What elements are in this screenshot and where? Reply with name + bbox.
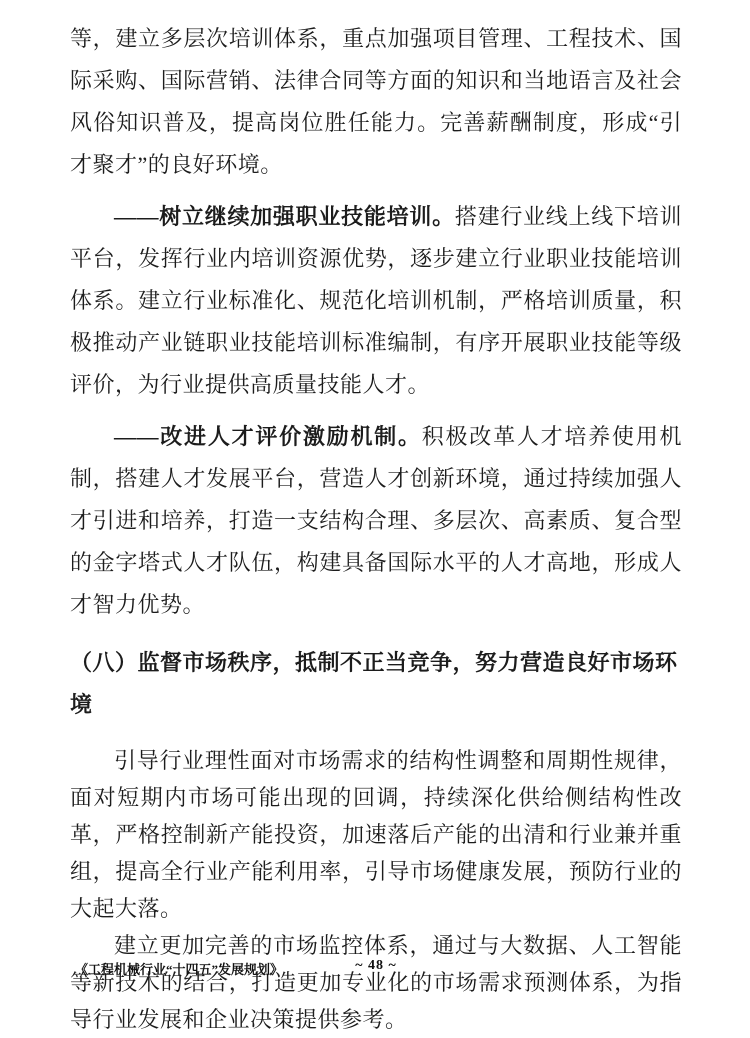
paragraph-market-guidance: 引导行业理性面对市场需求的结构性调整和周期性规律，面对短期内市场可能出现的回调，… (70, 742, 682, 927)
paragraph-skill-training: ——树立继续加强职业技能培训。搭建行业线上线下培训平台，发挥行业内培训资源优势，… (70, 196, 682, 406)
document-page: 等，建立多层次培训体系，重点加强项目管理、工程技术、国际采购、国际营销、法律合同… (0, 0, 750, 1038)
paragraph-body-text: 搭建行业线上线下培训平台，发挥行业内培训资源优势，逐步建立行业职业技能培训体系。… (70, 204, 682, 397)
paragraph-lead-bold: ——树立继续加强职业技能培训。 (114, 204, 455, 229)
paragraph-body-text: 积极改革人才培养使用机制，搭建人才发展平台，营造人才创新环境，通过持续加强人才引… (70, 424, 682, 617)
paragraph-market-monitoring: 建立更加完善的市场监控体系，通过与大数据、人工智能等新技术的结合，打造更加专业化… (70, 927, 682, 1038)
page-content: 等，建立多层次培训体系，重点加强项目管理、工程技术、国际采购、国际营销、法律合同… (70, 0, 682, 1038)
footer-document-title: 《工程机械行业“十四五”发展规划》 (75, 959, 283, 978)
paragraph-continuation: 等，建立多层次培训体系，重点加强项目管理、工程技术、国际采购、国际营销、法律合同… (70, 18, 682, 186)
paragraph-talent-evaluation: ——改进人才评价激励机制。积极改革人才培养使用机制，搭建人才发展平台，营造人才创… (70, 416, 682, 626)
paragraph-lead-bold: ——改进人才评价激励机制。 (114, 424, 422, 449)
page-footer: 《工程机械行业“十四五”发展规划》 ~ 48 ~ (75, 956, 682, 980)
section-heading-eight: （八）监督市场秩序，抵制不正当竞争，努力营造良好市场环境 (70, 642, 682, 726)
footer-page-number: ~ 48 ~ (355, 958, 397, 974)
